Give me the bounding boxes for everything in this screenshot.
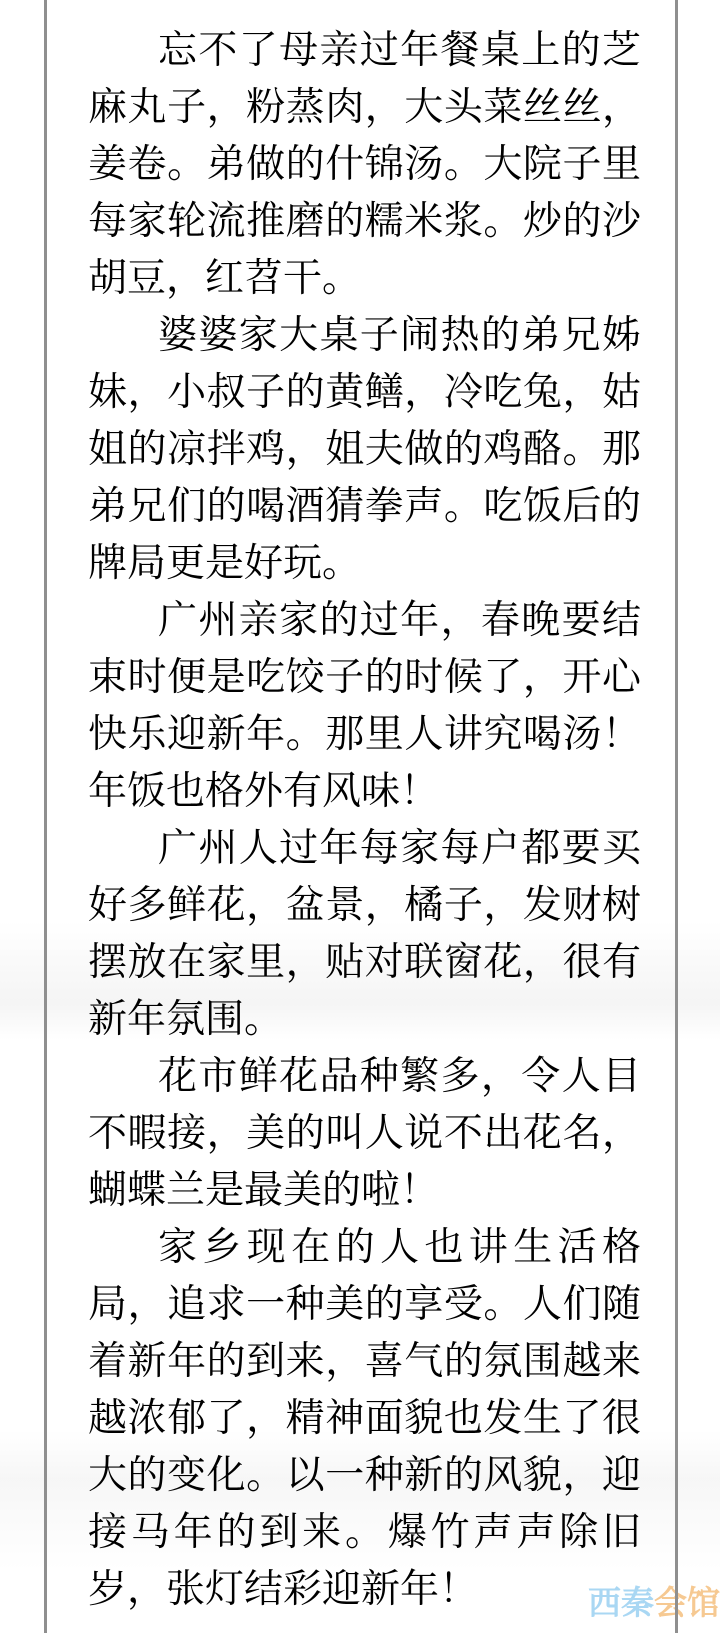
paragraph: 花市鲜花品种繁多，令人目不暇接，美的叫人说不出花名，蝴蝶兰是最美的啦！ bbox=[88, 1048, 641, 1219]
text-line: 婆婆家大桌子闹热的弟兄姊 bbox=[88, 307, 641, 364]
right-border-line bbox=[675, 0, 678, 1633]
text-line: 岁，张灯结彩迎新年！ bbox=[88, 1561, 641, 1618]
article-body: 忘不了母亲过年餐桌上的芝麻丸子，粉蒸肉，大头菜丝丝，姜卷。弟做的什锦汤。大院子里… bbox=[88, 22, 641, 1618]
text-line: 着新年的到来，喜气的氛围越来 bbox=[88, 1333, 641, 1390]
text-line: 每家轮流推磨的糯米浆。炒的沙 bbox=[88, 193, 641, 250]
watermark-part-1: 西秦 bbox=[588, 1583, 654, 1622]
text-line: 摆放在家里，贴对联窗花，很有 bbox=[88, 934, 641, 991]
text-line: 牌局更是好玩。 bbox=[88, 535, 641, 592]
text-line: 越浓郁了，精神面貌也发生了很 bbox=[88, 1390, 641, 1447]
text-line: 蝴蝶兰是最美的啦！ bbox=[88, 1162, 641, 1219]
paragraph: 家乡现在的人也讲生活格局，追求一种美的享受。人们随着新年的到来，喜气的氛围越来越… bbox=[88, 1219, 641, 1618]
text-line: 局，追求一种美的享受。人们随 bbox=[88, 1276, 641, 1333]
text-line: 快乐迎新年。那里人讲究喝汤！ bbox=[88, 706, 641, 763]
text-line: 弟兄们的喝酒猜拳声。吃饭后的 bbox=[88, 478, 641, 535]
text-line: 广州人过年每家每户都要买 bbox=[88, 820, 641, 877]
text-line: 广州亲家的过年，春晚要结 bbox=[88, 592, 641, 649]
watermark: 西秦会馆 bbox=[588, 1583, 720, 1623]
text-line: 不暇接，美的叫人说不出花名， bbox=[88, 1105, 641, 1162]
paragraph: 忘不了母亲过年餐桌上的芝麻丸子，粉蒸肉，大头菜丝丝，姜卷。弟做的什锦汤。大院子里… bbox=[88, 22, 641, 307]
watermark-part-2: 会馆 bbox=[654, 1583, 720, 1622]
paragraph: 婆婆家大桌子闹热的弟兄姊妹，小叔子的黄鳝，冷吃兔，姑姐的凉拌鸡，姐夫做的鸡酪。那… bbox=[88, 307, 641, 592]
paragraph: 广州亲家的过年，春晚要结束时便是吃饺子的时候了，开心快乐迎新年。那里人讲究喝汤！… bbox=[88, 592, 641, 820]
text-line: 姐的凉拌鸡，姐夫做的鸡酪。那 bbox=[88, 421, 641, 478]
text-line: 大的变化。以一种新的风貌，迎 bbox=[88, 1447, 641, 1504]
article-page: 忘不了母亲过年餐桌上的芝麻丸子，粉蒸肉，大头菜丝丝，姜卷。弟做的什锦汤。大院子里… bbox=[0, 0, 720, 1633]
text-line: 忘不了母亲过年餐桌上的芝 bbox=[88, 22, 641, 79]
text-line: 束时便是吃饺子的时候了，开心 bbox=[88, 649, 641, 706]
text-line: 姜卷。弟做的什锦汤。大院子里 bbox=[88, 136, 641, 193]
text-line: 年饭也格外有风味！ bbox=[88, 763, 641, 820]
text-line: 新年氛围。 bbox=[88, 991, 641, 1048]
text-line: 接马年的到来。爆竹声声除旧 bbox=[88, 1504, 641, 1561]
text-line: 妹，小叔子的黄鳝，冷吃兔，姑 bbox=[88, 364, 641, 421]
text-line: 家乡现在的人也讲生活格 bbox=[88, 1219, 641, 1276]
text-line: 好多鲜花，盆景，橘子，发财树 bbox=[88, 877, 641, 934]
text-line: 麻丸子，粉蒸肉，大头菜丝丝， bbox=[88, 79, 641, 136]
left-border-line bbox=[44, 0, 47, 1633]
text-line: 花市鲜花品种繁多，令人目 bbox=[88, 1048, 641, 1105]
paragraph: 广州人过年每家每户都要买好多鲜花，盆景，橘子，发财树摆放在家里，贴对联窗花，很有… bbox=[88, 820, 641, 1048]
text-line: 胡豆，红苕干。 bbox=[88, 250, 641, 307]
